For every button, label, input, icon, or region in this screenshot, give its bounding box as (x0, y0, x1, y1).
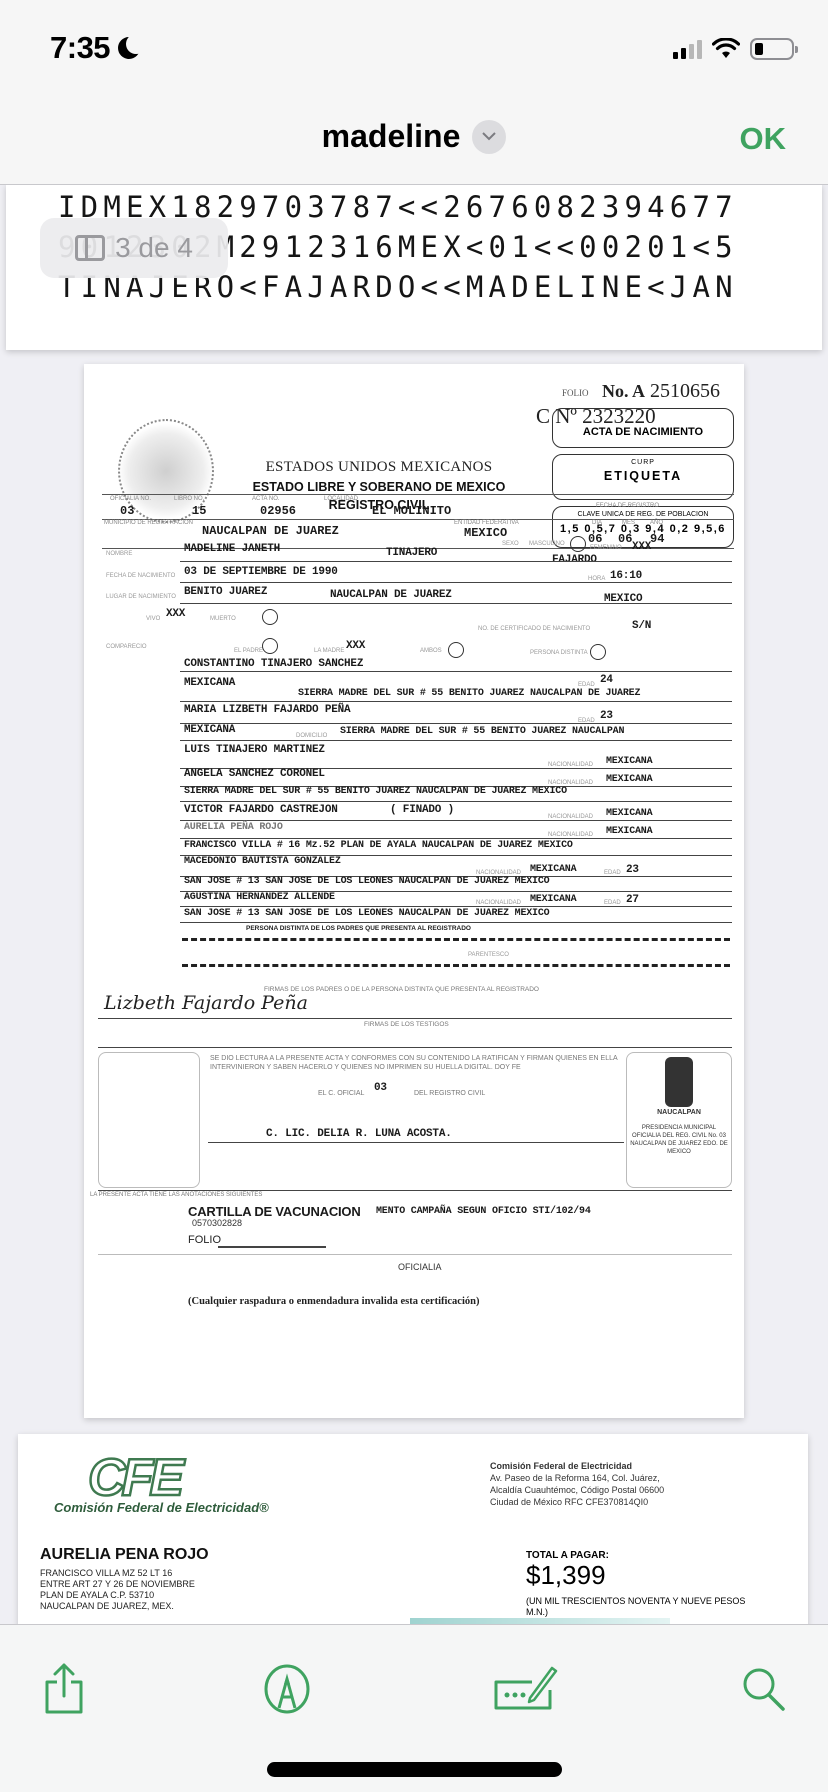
curp-label: CURP (553, 459, 733, 466)
blank-line (182, 938, 730, 941)
label-persona-distinta: PERSONA DISTINTA (530, 650, 588, 656)
customer-address-line: ENTRE ART 27 Y 26 DE NOVIEMBRE (40, 1579, 195, 1589)
signature-button[interactable] (492, 1659, 560, 1719)
abuelo-paterno-nacionalidad: MEXICANA (606, 756, 652, 767)
naucalpan-logo-icon (665, 1057, 693, 1107)
label-domicilio: DOMICILIO (296, 733, 327, 739)
cellular-signal-icon (673, 39, 702, 59)
oficial-nombre: C. LIC. DELIA R. LUNA ACOSTA. (266, 1128, 452, 1140)
testigo-2-nombre: AGUSTINA HERNANDEZ ALLENDE (184, 892, 335, 903)
fecha-dia: 06 (588, 532, 602, 546)
curp-value: ETIQUETA (553, 469, 733, 483)
testigo-1-edad: 23 (626, 864, 639, 876)
padre-edad: 24 (600, 674, 613, 686)
cfe-logo: CFE (88, 1448, 180, 1508)
abuelos-paternos-domicilio: SIERRA MADRE DEL SUR # 55 BENITO JUAREZ … (184, 786, 567, 797)
abuelo-materno-nacionalidad: MEXICANA (606, 808, 652, 819)
abuela-materna: AURELIA PEÑA ROJO (184, 822, 283, 833)
fecha-mes: 06 (618, 532, 632, 546)
cfe-company-name: Comisión Federal de Electricidad (490, 1461, 632, 1471)
cfe-address-line: Alcaldía Cuauhtémoc, Código Postal 06600 (490, 1485, 664, 1495)
acta-no-label: ACTA No. (252, 496, 280, 502)
fecha-ano: 94 (650, 532, 664, 546)
rule (180, 820, 732, 821)
cfe-address-line: Av. Paseo de la Reforma 164, Col. Juárez… (490, 1473, 660, 1483)
customer-name: AURELIA PENA ROJO (40, 1546, 209, 1564)
rule (180, 582, 732, 583)
parent-signature: Lizbeth Fajardo Peña (104, 992, 308, 1014)
rule (180, 671, 732, 672)
registrado-nombre: MADELINE JANETH (184, 543, 280, 555)
search-button[interactable] (734, 1659, 794, 1719)
search-icon (741, 1666, 787, 1712)
cfe-logo-subtitle: Comisión Federal de Electricidad® (54, 1500, 269, 1515)
muerto-circle (262, 609, 278, 625)
label-el-padre: EL PADRE (234, 648, 263, 654)
label-sexo: SEXO (502, 541, 519, 547)
municipio-value: NAUCALPAN DE JUAREZ (202, 524, 339, 538)
customer-address: FRANCISCO VILLA MZ 52 LT 16 ENTRE ART 27… (40, 1568, 195, 1612)
cartilla-extra: MENTO CAMPAÑA SEGUN OFICIO STI/102/94 (376, 1206, 591, 1217)
signature-icon (492, 1664, 560, 1714)
folio-label: FOLIO (562, 388, 589, 398)
testigo-1-nombre: MACEDONIO BAUTISTA GONZALEZ (184, 856, 341, 867)
clock: 7:35 (50, 30, 110, 66)
acta-title-box: ACTA DE NACIMIENTO (552, 408, 734, 448)
fecha-dia-label: DIA (592, 520, 602, 526)
label-muerto: MUERTO (210, 616, 236, 622)
label-vivo: VIVO (146, 616, 160, 622)
markup-button[interactable] (257, 1659, 317, 1719)
padre-nacionalidad: MEXICANA (184, 677, 235, 689)
bottom-toolbar (0, 1624, 828, 1792)
cfe-company-address: Comisión Federal de Electricidad Av. Pas… (490, 1460, 664, 1508)
rule (180, 701, 732, 702)
rule (98, 1047, 732, 1048)
wifi-icon (712, 38, 740, 60)
testigo-1-nacionalidad: MEXICANA (530, 864, 576, 875)
page-counter-label: 3 de 4 (115, 232, 193, 264)
rule (180, 801, 732, 802)
folio-value: 2510656 (650, 380, 720, 402)
testigo-2-nacionalidad: MEXICANA (530, 894, 576, 905)
label-fecha-nacimiento: FECHA DE NACIMIENTO (106, 573, 175, 579)
total-words: (UN MIL TRESCIENTOS NOVENTA Y NUEVE PESO… (526, 1596, 756, 1618)
sidebar-icon[interactable] (75, 235, 105, 261)
label-lugar-nacimiento: LUGAR DE NACIMIENTO (106, 594, 176, 600)
municipio-nacimiento: NAUCALPAN DE JUAREZ (330, 589, 452, 601)
oficialia-label: OFICIALIA No. (110, 496, 151, 502)
huella-box (98, 1052, 200, 1188)
status-indicators (673, 38, 794, 60)
label-masculino: MASCULINO (529, 541, 565, 547)
document-title-menu[interactable]: madeline (0, 118, 828, 155)
rule (180, 838, 732, 839)
seal-text: PRESIDENCIA MUNICIPAL OFICIALIA DEL REG.… (627, 1124, 731, 1156)
oficialia-value: 03 (120, 504, 134, 518)
madre-nombre: MARIA LIZBETH FAJARDO PEÑA (184, 704, 350, 716)
rule (180, 561, 732, 562)
page-counter[interactable]: 3 de 4 (40, 218, 228, 278)
customer-address-line: PLAN DE AYALA C.P. 53710 (40, 1590, 154, 1600)
rule (180, 723, 732, 724)
firmas-testigos-label: FIRMAS DE LOS TESTIGOS (364, 1021, 449, 1028)
moon-icon (116, 36, 140, 60)
folio-prefix: No. A (602, 381, 645, 401)
lectura-text: SE DIO LECTURA A LA PRESENTE ACTA Y CONF… (210, 1054, 630, 1072)
registry-row-1: OFICIALIA No. 03 LIBRO No. 15 ACTA No. 0… (102, 494, 734, 520)
rule (180, 740, 732, 741)
registrado-segundo-apellido: FAJARDO (552, 554, 597, 566)
acta-title: ACTA DE NACIMIENTO (553, 426, 733, 438)
page-birth-certificate[interactable]: ESTADOS UNIDOS MEXICANOS ESTADO LIBRE Y … (84, 364, 744, 1418)
seal-box: NAUCALPAN PRESIDENCIA MUNICIPAL OFICIALI… (626, 1052, 732, 1188)
label-la-madre: LA MADRE (314, 648, 344, 654)
folio-number: No. A 2510656 (602, 380, 720, 403)
municipio-label: MUNICIPIO DE REGISTRACION (104, 520, 193, 526)
top-bar: 7:35 madeline OK (0, 0, 828, 185)
localidad-value: EL MOLINITO (372, 504, 451, 518)
label-ambos: AMBOS (420, 648, 442, 654)
oficial-label: EL C. OFICIAL (318, 1090, 364, 1097)
padre-domicilio: SIERRA MADRE DEL SUR # 55 BENITO JUAREZ … (298, 688, 640, 699)
label-certificado: No. DE CERTIFICADO DE NACIMIENTO (478, 626, 590, 632)
certificado-value: S/N (632, 620, 651, 632)
abuelo-paterno: LUIS TINAJERO MARTINEZ (184, 744, 325, 756)
registrado-primer-apellido: TINAJERO (386, 547, 437, 559)
cartilla-number: 0570302828 (192, 1218, 242, 1228)
rule (98, 1018, 732, 1019)
localidad-label: LOCALIDAD (324, 496, 358, 502)
document-title: madeline (322, 118, 461, 155)
abuela-paterna-nacionalidad: MEXICANA (606, 774, 652, 785)
abuelo-materno: VICTOR FAJARDO CASTREJON (184, 804, 338, 816)
fecha-ano-label: AÑO (650, 520, 663, 526)
rule (180, 603, 732, 604)
abuelo-materno-nota: ( FINADO ) (390, 804, 454, 816)
madre-edad: 23 (600, 710, 613, 722)
home-indicator[interactable] (267, 1762, 562, 1777)
folio-bottom-label: FOLIO (188, 1234, 221, 1246)
fecha-mes-label: MES (622, 520, 635, 526)
testigo-2-domicilio: SAN JOSE # 13 SAN JOSE DE LOS LEONES NAU… (184, 908, 549, 919)
seal-logo-label: NAUCALPAN (627, 1109, 731, 1116)
fecha-registro-label: FECHA DE REGISTRO (596, 503, 659, 509)
testigo-1-domicilio: SAN JOSE # 13 SAN JOSE DE LOS LEONES NAU… (184, 876, 549, 887)
label-comparecio: COMPARECIO (106, 644, 147, 650)
testigo-2-edad: 27 (626, 894, 639, 906)
share-icon (42, 1662, 86, 1716)
disclaimer: (Cualquier raspadura o enmendadura inval… (188, 1296, 479, 1307)
folio-line (218, 1246, 326, 1248)
oficial-suffix: DEL REGISTRO CIVIL (414, 1090, 485, 1097)
rule (180, 906, 732, 907)
ambos-circle (448, 642, 464, 658)
label-parentesco: PARENTESCO (468, 952, 509, 958)
abuela-paterna: ANGELA SANCHEZ CORONEL (184, 768, 325, 780)
cartilla-vacunacion: CARTILLA DE VACUNACION (188, 1204, 361, 1219)
rule (98, 1254, 732, 1255)
oficial-num: 03 (374, 1082, 387, 1094)
rule (98, 1190, 732, 1191)
persona-distinta-circle (590, 644, 606, 660)
libro-label: LIBRO No. (174, 496, 204, 502)
markup-icon (262, 1664, 312, 1714)
share-button[interactable] (34, 1659, 94, 1719)
chevron-down-icon[interactable] (472, 120, 506, 154)
customer-address-line: NAUCALPAN DE JUAREZ, MEX. (40, 1601, 174, 1611)
fecha-nacimiento: 03 DE SEPTIEMBRE DE 1990 (184, 566, 338, 578)
persona-distinta-label: PERSONA DISTINTA DE LOS PADRES QUE PRESE… (246, 925, 471, 932)
el-padre-circle (262, 638, 278, 654)
ok-button[interactable]: OK (740, 121, 787, 157)
customer-address-line: FRANCISCO VILLA MZ 52 LT 16 (40, 1568, 172, 1578)
madre-nacionalidad: MEXICANA (184, 724, 235, 736)
oficialia-footer: OFICIALIA (398, 1262, 442, 1272)
battery-icon (750, 38, 794, 60)
header-line-2: ESTADO LIBRE Y SOBERANO DE MEXICO (234, 480, 524, 494)
abuelos-maternos-domicilio: FRANCISCO VILLA # 16 Mz.52 PLAN DE AYALA… (184, 840, 573, 851)
rule (180, 922, 732, 923)
total-amount: $1,399 (526, 1560, 606, 1591)
cfe-address-line: Ciudad de México RFC CFE370814QI0 (490, 1497, 648, 1507)
abuela-materna-nacionalidad: MEXICANA (606, 826, 652, 837)
blank-line (182, 964, 730, 967)
acta-no-value: 02956 (260, 504, 296, 518)
madre-domicilio: SIERRA MADRE DEL SUR # 55 BENITO JUAREZ … (340, 726, 624, 737)
anotaciones-label: LA PRESENTE ACTA TIENE LAS ANOTACIONES S… (90, 1192, 262, 1198)
masculino-circle (570, 536, 586, 552)
padre-nombre: CONSTANTINO TINAJERO SANCHEZ (184, 658, 363, 670)
header-line-1: ESTADOS UNIDOS MEXICANOS (234, 459, 524, 476)
lugar-nacimiento: BENITO JUAREZ (184, 586, 267, 598)
libro-value: 15 (192, 504, 206, 518)
vivo-mark: XXX (166, 608, 185, 620)
comparecio-mark: XXX (346, 640, 365, 652)
label-femenino: FEMENINO (590, 545, 622, 551)
label-nombre: NOMBRE (106, 551, 132, 557)
entidad-value: MEXICO (464, 526, 507, 540)
status-time: 7:35 (50, 30, 140, 66)
hora-nacimiento: 16:10 (610, 570, 642, 582)
sexo-femenino-mark: XXX (632, 541, 651, 553)
rule (208, 1142, 624, 1143)
